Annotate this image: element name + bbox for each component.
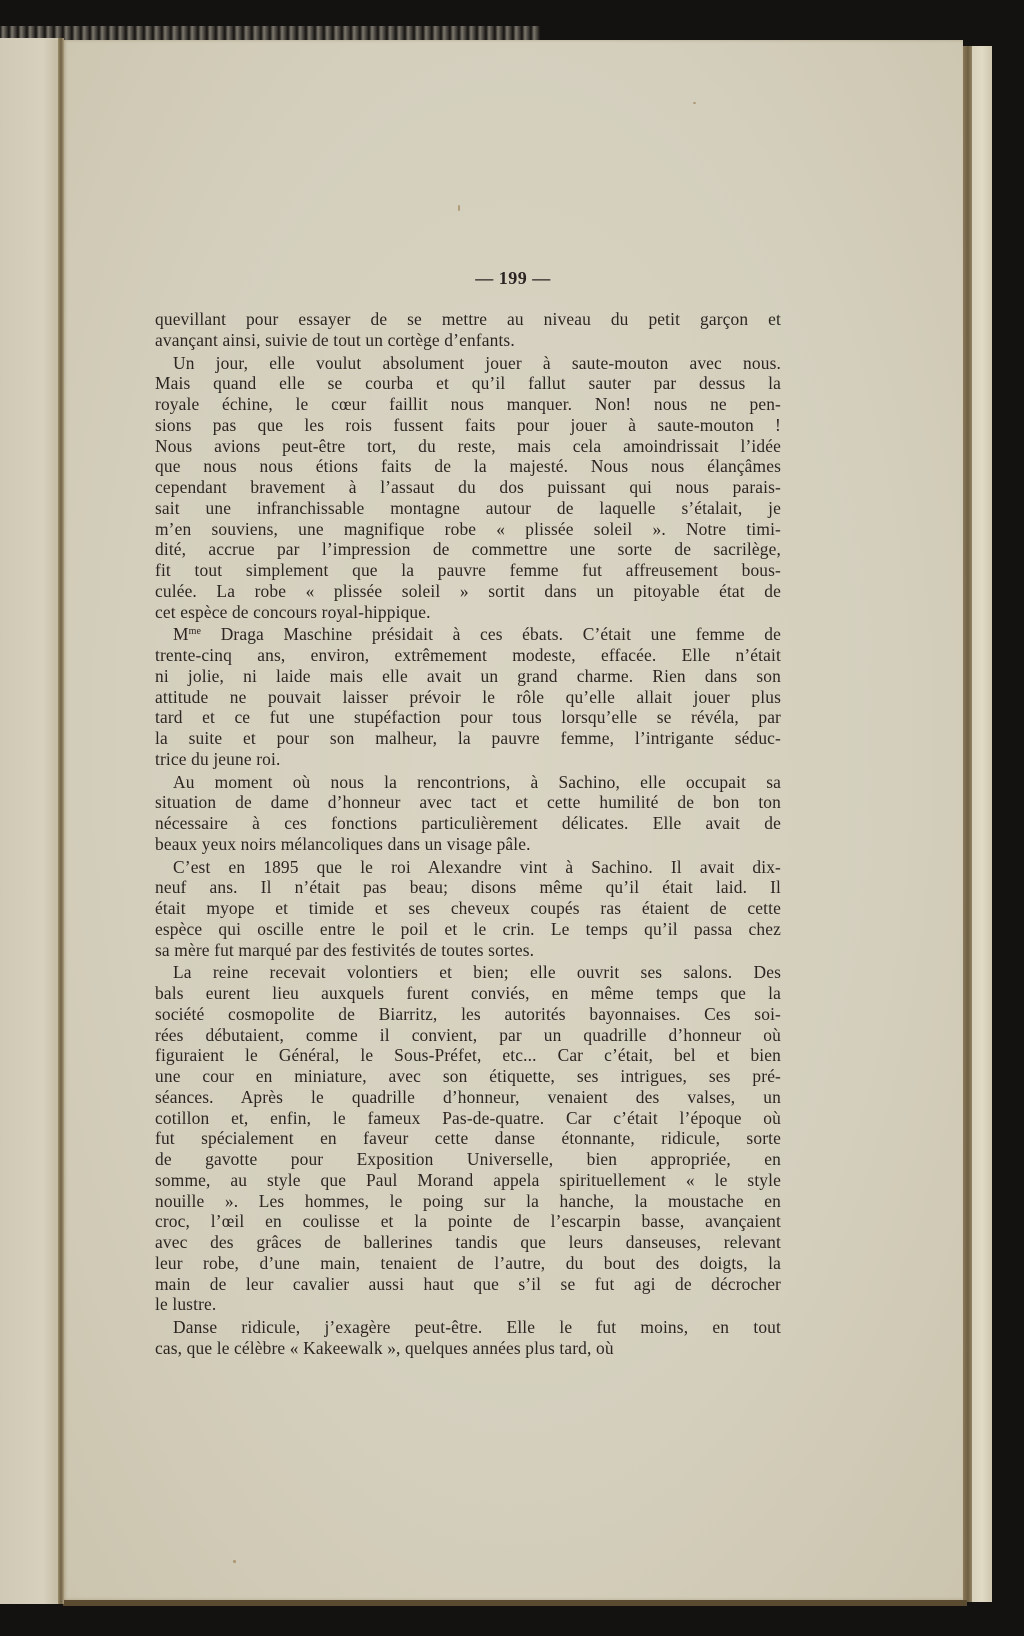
text-line: main de leur cavalier aussi haut que s’i… <box>155 1274 781 1295</box>
text-line: espèce qui oscille entre le poil et le c… <box>155 919 781 940</box>
paragraph: Un jour, elle voulut absolument jouer à … <box>155 353 781 623</box>
text-line: cotillon et, enfin, le fameux Pas-de-qua… <box>155 1108 781 1129</box>
text-line: bals eurent lieu auxquels furent conviés… <box>155 983 781 1004</box>
paragraph: Au moment où nous la rencontrions, à Sac… <box>155 772 781 855</box>
torn-page-edge <box>0 26 540 40</box>
text-line: avançant ainsi, suivie de tout un cortèg… <box>155 330 781 351</box>
text-line: avec des grâces de ballerines tandis que… <box>155 1232 781 1253</box>
text-line: cet espèce de concours royal-hippique. <box>155 602 781 623</box>
text-line: croc, l’œil en coulisse et la pointe de … <box>155 1211 781 1232</box>
text-line: sa mère fut marqué par des festivités de… <box>155 940 781 961</box>
paragraph: La reine recevait volontiers et bien; el… <box>155 962 781 1315</box>
text-line: était myope et timide et ses cheveux cou… <box>155 898 781 919</box>
text-line: une cour en miniature, avec son étiquett… <box>155 1066 781 1087</box>
text-line: somme, au style que Paul Morand appela s… <box>155 1170 781 1191</box>
paper-fleck <box>458 205 460 211</box>
text-line: nouille ». Les hommes, le poing sur la h… <box>155 1191 781 1212</box>
text-line: Mais quand elle se courba et qu’il fallu… <box>155 373 781 394</box>
paragraph: Danse ridicule, j’exagère peut-être. Ell… <box>155 1317 781 1359</box>
text-line: C’est en 1895 que le roi Alexandre vint … <box>155 857 781 878</box>
text-line: quevillant pour essayer de se mettre au … <box>155 309 781 330</box>
book-cover-edge <box>972 46 992 1602</box>
text-line: trice du jeune roi. <box>155 749 781 770</box>
book-gutter <box>58 38 64 1604</box>
text-line: tard et ce fut une stupéfaction pour tou… <box>155 707 781 728</box>
honorific: Mme <box>173 624 201 644</box>
paragraph: C’est en 1895 que le roi Alexandre vint … <box>155 857 781 961</box>
paper-fleck <box>693 102 696 104</box>
text-line: le lustre. <box>155 1294 781 1315</box>
paragraph: Mme Draga Maschine présidait à ces ébats… <box>155 624 781 769</box>
paper-fleck <box>233 1560 236 1563</box>
text-line: fit tout simplement que la pauvre femme … <box>155 560 781 581</box>
text-line: de gavotte pour Exposition Universelle, … <box>155 1149 781 1170</box>
text-line: société cosmopolite de Biarritz, les aut… <box>155 1004 781 1025</box>
text-line: cas, que le célèbre « Kakeewalk », quelq… <box>155 1338 781 1359</box>
text-line: culée. La robe « plissée soleil » sortit… <box>155 581 781 602</box>
text-line: trente-cinq ans, environ, extrêmement mo… <box>155 645 781 666</box>
text-line: sait une infranchissable montagne autour… <box>155 498 781 519</box>
text-line: attitude ne pouvait laisser prévoir le r… <box>155 687 781 708</box>
text-line: Danse ridicule, j’exagère peut-être. Ell… <box>155 1317 781 1338</box>
text-line: cependant bravement à l’assaut du dos pu… <box>155 477 781 498</box>
page-bottom-shadow <box>63 1600 967 1606</box>
text-line: situation de dame d’honneur avec tact et… <box>155 792 781 813</box>
text-line: séances. Après le quadrille d’honneur, v… <box>155 1087 781 1108</box>
text-line: ni jolie, ni laide mais elle avait un gr… <box>155 666 781 687</box>
text-line: beaux yeux noirs mélancoliques dans un v… <box>155 834 781 855</box>
facing-page-edge <box>0 38 62 1604</box>
text-line: Un jour, elle voulut absolument jouer à … <box>155 353 781 374</box>
text-line: sions pas que les rois fussent faits pou… <box>155 415 781 436</box>
text-line: Nous avions peut-être tort, du reste, ma… <box>155 436 781 457</box>
text-line: leur robe, d’une main, tenaient de l’aut… <box>155 1253 781 1274</box>
text-line: Au moment où nous la rencontrions, à Sac… <box>155 772 781 793</box>
text-line: rées débutaient, comme il convient, par … <box>155 1025 781 1046</box>
text-line: m’en souviens, une magnifique robe « pli… <box>155 519 781 540</box>
body-text: quevillant pour essayer de se mettre au … <box>155 309 781 1359</box>
text-line: figuraient le Général, le Sous-Préfet, e… <box>155 1045 781 1066</box>
text-line: que nous nous étions faits de la majesté… <box>155 456 781 477</box>
text-line: royale échine, le cœur faillit nous manq… <box>155 394 781 415</box>
text-line: dité, accrue par l’impression de commett… <box>155 539 781 560</box>
paragraph: quevillant pour essayer de se mettre au … <box>155 309 781 351</box>
book-page: — 199 — quevillant pour essayer de se me… <box>63 40 963 1600</box>
text-line: la suite et pour son malheur, la pauvre … <box>155 728 781 749</box>
text-line: neuf ans. Il n’était pas beau; disons mê… <box>155 877 781 898</box>
text-line: Mme Draga Maschine présidait à ces ébats… <box>155 624 781 645</box>
page-number: — 199 — <box>63 268 963 289</box>
text-line: fut spécialement en faveur cette danse é… <box>155 1128 781 1149</box>
text-line: La reine recevait volontiers et bien; el… <box>155 962 781 983</box>
text-line: nécessaire à ces fonctions particulièrem… <box>155 813 781 834</box>
